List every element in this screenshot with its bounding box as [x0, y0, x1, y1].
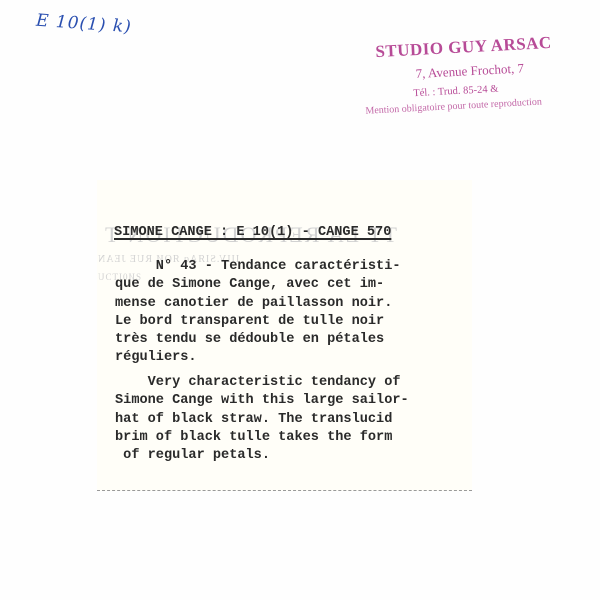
- caption-title: SIMONE CANGE : E 10(1) - CANGE 570: [114, 224, 391, 242]
- studio-stamp: STUDIO GUY ARSAC 7, Avenue Frochot, 7 Té…: [328, 32, 582, 119]
- handwritten-reference: E 10(1) k): [35, 11, 132, 38]
- caption-english: Very characteristic tendancy of Simone C…: [115, 374, 409, 465]
- caption-french: N° 43 - Tendance caractéristi- que de Si…: [115, 258, 401, 368]
- caption-label: TT LA REPRODUCTION T IIIV.SIЯAq ЯOИ RUE …: [97, 180, 472, 491]
